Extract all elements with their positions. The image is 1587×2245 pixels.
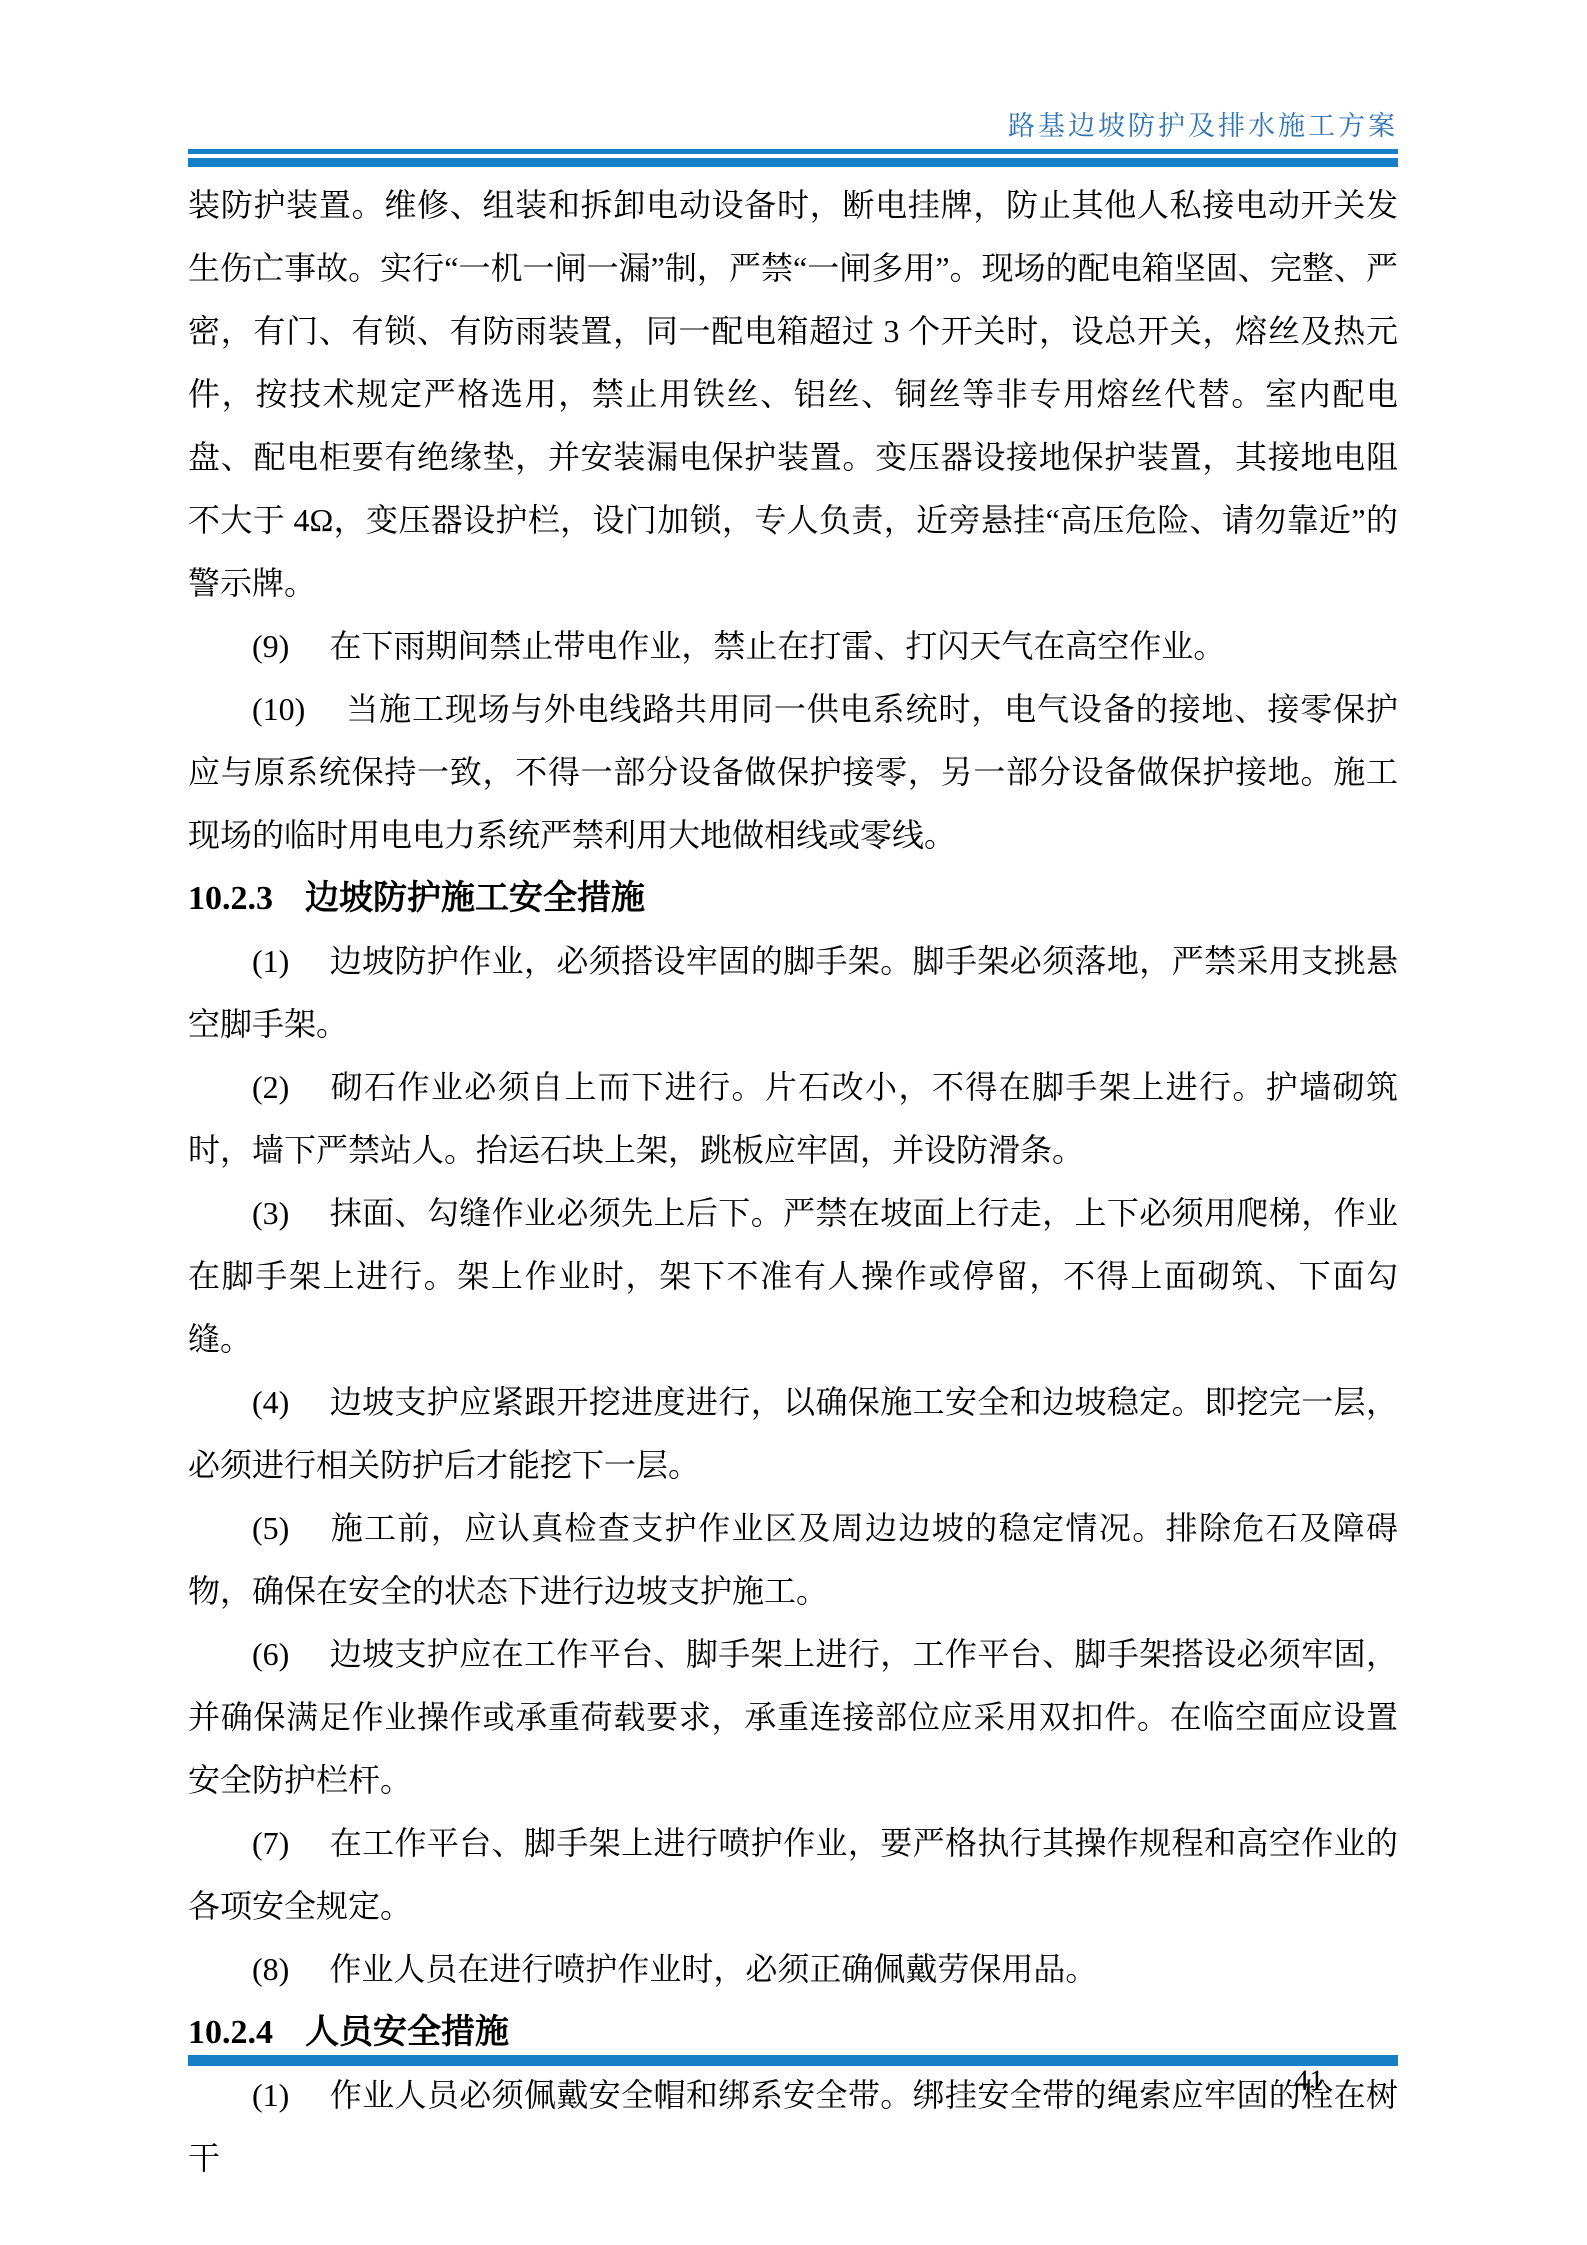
list-item-number: (9) [252,628,289,664]
list-item: (9)在下雨期间禁止带电作业，禁止在打雷、打闪天气在高空作业。 [188,615,1398,678]
list-item: (8)作业人员在进行喷护作业时，必须正确佩戴劳保用品。 [188,1938,1398,2001]
list-item-number: (8) [252,1951,289,1987]
list-item-text: 在下雨期间禁止带电作业，禁止在打雷、打闪天气在高空作业。 [329,628,1225,664]
list-item: (2)砌石作业必须自上而下进行。片石改小，不得在脚手架上进行。护墙砌筑时，墙下严… [188,1056,1398,1182]
list-item: (5)施工前，应认真检查支护作业区及周边边坡的稳定情况。排除危石及障碍物，确保在… [188,1497,1398,1623]
list-item-text: 边坡防护作业，必须搭设牢固的脚手架。脚手架必须落地，严禁采用支挑悬空脚手架。 [188,943,1398,1042]
list-item-number: (7) [252,1825,289,1861]
list-item-text: 施工前，应认真检查支护作业区及周边边坡的稳定情况。排除危石及障碍物，确保在安全的… [188,1510,1398,1609]
list-item-text: 边坡支护应在工作平台、脚手架上进行，工作平台、脚手架搭设必须牢固，并确保满足作业… [188,1636,1398,1798]
list-item-number: (5) [252,1510,289,1546]
list-item-number: (1) [252,943,289,979]
list-item-number: (6) [252,1636,289,1672]
list-item-number: (3) [252,1195,289,1231]
section-heading: 10.2.3边坡防护施工安全措施 [188,867,1398,930]
header-rule-thick [188,158,1398,167]
section-heading-text: 人员安全措施 [305,2013,509,2051]
list-item: (6)边坡支护应在工作平台、脚手架上进行，工作平台、脚手架搭设必须牢固，并确保满… [188,1623,1398,1812]
list-item: (1)边坡防护作业，必须搭设牢固的脚手架。脚手架必须落地，严禁采用支挑悬空脚手架… [188,930,1398,1056]
document-page: 路基边坡防护及排水施工方案 装防护装置。维修、组装和拆卸电动设备时，断电挂牌，防… [0,0,1587,2245]
list-item: (4)边坡支护应紧跟开挖进度进行，以确保施工安全和边坡稳定。即挖完一层，必须进行… [188,1371,1398,1497]
list-item-text: 抹面、勾缝作业必须先上后下。严禁在坡面上行走，上下必须用爬梯，作业在脚手架上进行… [188,1195,1398,1357]
list-item-text: 作业人员在进行喷护作业时，必须正确佩戴劳保用品。 [329,1951,1097,1987]
list-item: (3)抹面、勾缝作业必须先上后下。严禁在坡面上行走，上下必须用爬梯，作业在脚手架… [188,1182,1398,1371]
paragraph: 装防护装置。维修、组装和拆卸电动设备时，断电挂牌，防止其他人私接电动开关发生伤亡… [188,174,1398,615]
section-heading-text: 边坡防护施工安全措施 [305,879,645,917]
list-item: (10)当施工现场与外电线路共用同一供电系统时，电气设备的接地、接零保护应与原系… [188,678,1398,867]
list-item: (7)在工作平台、脚手架上进行喷护作业，要严格执行其操作规程和高空作业的各项安全… [188,1812,1398,1938]
header-rule-thin [188,149,1398,154]
page-number: 41 [1294,2063,1324,2099]
section-heading-number: 10.2.3 [188,880,273,917]
section-heading-number: 10.2.4 [188,2014,273,2051]
page-header-title: 路基边坡防护及排水施工方案 [188,106,1398,146]
list-item: (1)作业人员必须佩戴安全帽和绑系安全带。绑挂安全带的绳索应牢固的栓在树干 [188,2064,1398,2190]
document-body: 装防护装置。维修、组装和拆卸电动设备时，断电挂牌，防止其他人私接电动开关发生伤亡… [188,174,1398,2190]
footer-rule [188,2055,1398,2066]
list-item-text: 砌石作业必须自上而下进行。片石改小，不得在脚手架上进行。护墙砌筑时，墙下严禁站人… [188,1069,1398,1168]
list-item-text: 在工作平台、脚手架上进行喷护作业，要严格执行其操作规程和高空作业的各项安全规定。 [188,1825,1398,1924]
list-item-text: 作业人员必须佩戴安全帽和绑系安全带。绑挂安全带的绳索应牢固的栓在树干 [188,2077,1398,2176]
list-item-number: (4) [252,1384,289,1420]
list-item-number: (2) [252,1069,289,1105]
list-item-number: (10) [252,691,305,727]
list-item-text: 当施工现场与外电线路共用同一供电系统时，电气设备的接地、接零保护应与原系统保持一… [188,691,1398,853]
list-item-number: (1) [252,2077,289,2113]
list-item-text: 边坡支护应紧跟开挖进度进行，以确保施工安全和边坡稳定。即挖完一层，必须进行相关防… [188,1384,1398,1483]
